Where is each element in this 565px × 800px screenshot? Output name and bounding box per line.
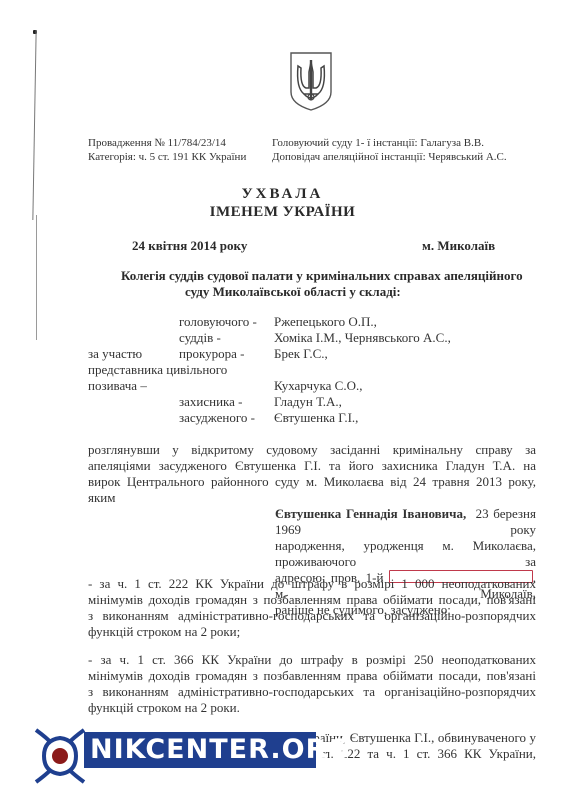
document-subtitle: ІМЕНЕМ УКРАЇНИ — [0, 204, 565, 221]
text-line: апеляціями засудженого Євтушенка Г.І. та… — [88, 458, 536, 474]
role-label: суддів - — [179, 330, 221, 346]
paragraph-review: розглянувши у відкритому судовому засіда… — [88, 442, 536, 506]
text-line: з виконанням адміністративно-господарськ… — [88, 608, 536, 624]
text-line: яким — [88, 490, 536, 506]
panel-intro-line2: суду Миколаївської області у складі: — [185, 284, 401, 300]
panel-intro-line1: Колегія суддів судової палати у кримінал… — [121, 268, 523, 284]
member-name: Кухарчука С.О., — [274, 378, 362, 394]
final-paragraph-line2: ст. 222 та ч. 1 ст. 366 КК України, — [320, 746, 536, 762]
member-name: Брек Г.С., — [274, 346, 328, 362]
member-name: Хоміка І.М., Чернявського А.С., — [274, 330, 451, 346]
text-line: вирок Центрального районного суду м. Мик… — [88, 474, 536, 490]
role-label: засудженого - — [179, 410, 255, 426]
role-label: головуючого - — [179, 314, 257, 330]
participation-label: за участю — [88, 346, 142, 362]
text-line: Євтушенка Геннадія Івановича, 23 березня… — [275, 506, 536, 538]
presiding-first-instance: Головуючий суду 1- ї інстанції: Галагуза… — [272, 136, 484, 150]
nikcenter-eye-logo-icon — [30, 726, 90, 786]
text-line: розглянувши у відкритому судовому засіда… — [88, 442, 536, 458]
defendant-name: Євтушенка Геннадія Івановича, — [275, 506, 466, 521]
text-line: з виконанням адміністративно-господарськ… — [88, 684, 536, 700]
rapporteur-appeal: Доповідач апеляційної інстанції: Черявсь… — [272, 150, 507, 164]
member-name: Гладун Т.А., — [274, 394, 342, 410]
role-label: позивача – — [88, 378, 147, 394]
text-line: - за ч. 1 ст. 366 КК України до штрафу в… — [88, 652, 536, 668]
ruling-date: 24 квітня 2014 року — [132, 238, 247, 254]
text-line: функцій строком на 2 роки. — [88, 700, 536, 716]
role-label: представника цивільного — [88, 362, 227, 378]
member-name: Євтушенка Г.І., — [274, 410, 358, 426]
document-title: УХВАЛА — [0, 186, 565, 203]
court-ruling-page: Провадження № 11/784/23/14 Категорія: ч.… — [0, 0, 565, 800]
text-line: мінімумів доходів громадян з позбавлення… — [88, 668, 536, 684]
sentence-article-366: - за ч. 1 ст. 366 КК України до штрафу в… — [88, 652, 536, 716]
sentence-article-222: - за ч. 1 ст. 222 КК України до штрафу в… — [88, 576, 536, 640]
case-number: Провадження № 11/784/23/14 — [88, 136, 226, 150]
text-line: функцій строком на 2 роки; — [88, 624, 536, 640]
role-label: захисника - — [179, 394, 243, 410]
case-category: Категорія: ч. 5 ст. 191 КК України — [88, 150, 246, 164]
text-line: мінімумів доходів громадян з позбавлення… — [88, 592, 536, 608]
binding-margin-line — [36, 215, 37, 340]
ruling-place: м. Миколаїв — [422, 238, 495, 254]
watermark-text: NIKCENTER.ORG — [84, 732, 316, 768]
ukraine-trident-icon — [288, 50, 334, 112]
text-line: народження, уродженця м. Миколаєва, прож… — [275, 538, 536, 570]
role-label: прокурора - — [179, 346, 244, 362]
nikcenter-watermark: NIKCENTER.ORG — [30, 726, 300, 786]
member-name: Ржепецького О.П., — [274, 314, 377, 330]
text-line: - за ч. 1 ст. 222 КК України до штрафу в… — [88, 576, 536, 592]
